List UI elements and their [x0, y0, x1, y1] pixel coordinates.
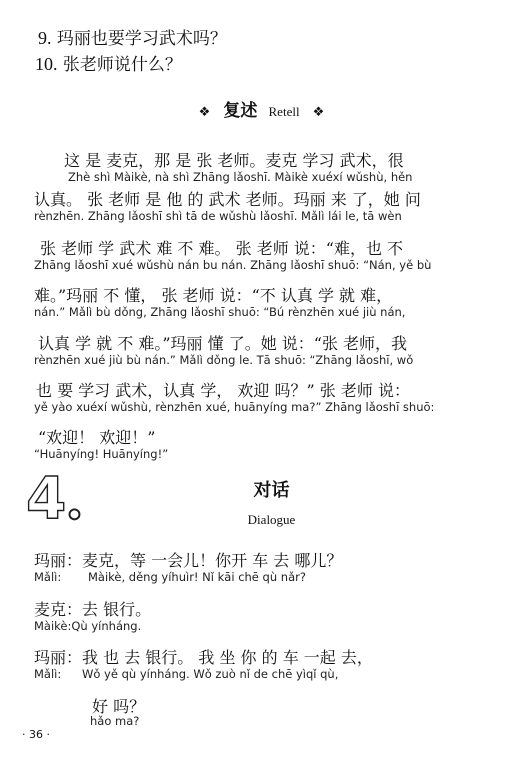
retell-line-hanzi: 认真 学 就 不 难。”玛丽 懂 了。她 说：“张 老师，我: [38, 331, 407, 354]
question-text: 张老师说什么？: [63, 55, 182, 75]
dialogue-line-pinyin: hǎo ma?: [90, 714, 139, 728]
dialogue-line-pinyin: Màikè:Qù yínháng.: [34, 619, 141, 633]
retell-title-zh: 复述: [223, 101, 257, 121]
question-number: 10.: [35, 54, 58, 74]
question-10: 10. 张老师说什么？: [35, 50, 182, 75]
dialogue-line-hanzi: 麦克：去 银行。: [34, 597, 151, 620]
dialogue-line-pinyin: Mǎlì:Wǒ yě qù yínháng. Wǒ zuò nǐ de chē …: [34, 667, 338, 681]
dialogue-text: 去 银行。: [82, 600, 151, 619]
speaker-pinyin: Mǎlì:: [34, 570, 88, 584]
dialogue-pinyin: hǎo ma?: [90, 714, 139, 728]
speaker-pinyin: Màikè:: [34, 619, 71, 633]
retell-title-en: Retell: [269, 104, 300, 119]
retell-line-pinyin: yě yào xuéxí wǔshù, rènzhēn xué, huānyín…: [34, 400, 434, 414]
retell-line-hanzi: 也 要 学习 武术，认真 学， 欢迎 吗？” 张 老师 说：: [36, 378, 410, 401]
ornament-icon: ❖: [313, 105, 325, 120]
dialogue-text: 我 也 去 银行。 我 坐 你 的 车 一起 去，: [82, 648, 373, 667]
dialogue-line-hanzi: 玛丽：我 也 去 银行。 我 坐 你 的 车 一起 去，: [34, 645, 373, 668]
retell-line-pinyin: rènzhēn. Zhāng lǎoshī shì tā de wǔshù lǎ…: [34, 209, 402, 223]
dialogue-title-zh: 对话: [0, 476, 523, 502]
dialogue-pinyin: Màikè, děng yíhuìr! Nǐ kāi chē qù nǎr?: [88, 570, 306, 584]
retell-line-pinyin: rènzhēn xué jiù bù nán.” Mǎlì dǒng le. T…: [34, 353, 413, 367]
retell-line-pinyin: nán.” Mǎlì bù dǒng, Zhāng lǎoshī shuō: “…: [34, 305, 405, 319]
ornament-icon: ❖: [199, 105, 211, 120]
retell-line-hanzi: 难。”玛丽 不 懂， 张 老师 说：“不 认真 学 就 难，: [34, 283, 392, 306]
retell-line-hanzi: 认真。 张 老师 是 他 的 武术 老师。玛丽 来 了，她 问: [34, 187, 421, 210]
dialogue-line-hanzi: 玛丽：麦克，等 一会儿！你开 车 去 哪儿？: [34, 548, 342, 571]
speaker-pinyin: Mǎlì:: [34, 667, 82, 681]
dialogue-line-pinyin: Mǎlì:Màikè, děng yíhuìr! Nǐ kāi chē qù n…: [34, 570, 306, 584]
dialogue-pinyin: Wǒ yě qù yínháng. Wǒ zuò nǐ de chē yìqǐ …: [82, 667, 338, 681]
retell-heading: ❖ 复述 Retell ❖: [0, 96, 523, 121]
question-text: 玛丽也要学习武术吗？: [57, 29, 227, 49]
retell-line-pinyin: Zhè shì Màikè, nà shì Zhāng lǎoshī. Màik…: [68, 170, 412, 184]
question-9: 9. 玛丽也要学习武术吗？: [38, 24, 227, 49]
speaker-name: 麦克：: [34, 600, 82, 619]
page-number: · 36 ·: [22, 728, 50, 741]
retell-line-hanzi: 张 老师 学 武术 难 不 难。 张 老师 说：“难，也 不: [40, 236, 403, 259]
dialogue-title-en: Dialogue: [0, 512, 523, 528]
dialogue-pinyin: Qù yínháng.: [71, 619, 141, 633]
retell-line-hanzi: “欢迎！ 欢迎！”: [38, 425, 155, 448]
speaker-name: 玛丽：: [34, 551, 82, 570]
speaker-name: 玛丽：: [34, 648, 82, 667]
retell-line-pinyin: Zhāng lǎoshī xué wǔshù nán bu nán. Zhāng…: [34, 258, 431, 272]
dialogue-text: 麦克，等 一会儿！你开 车 去 哪儿？: [82, 551, 342, 570]
retell-line-pinyin: “Huānyíng! Huānyíng!”: [34, 447, 168, 461]
retell-line-hanzi: 这 是 麦克，那 是 张 老师。麦克 学习 武术，很: [64, 148, 404, 171]
question-number: 9.: [38, 28, 52, 48]
